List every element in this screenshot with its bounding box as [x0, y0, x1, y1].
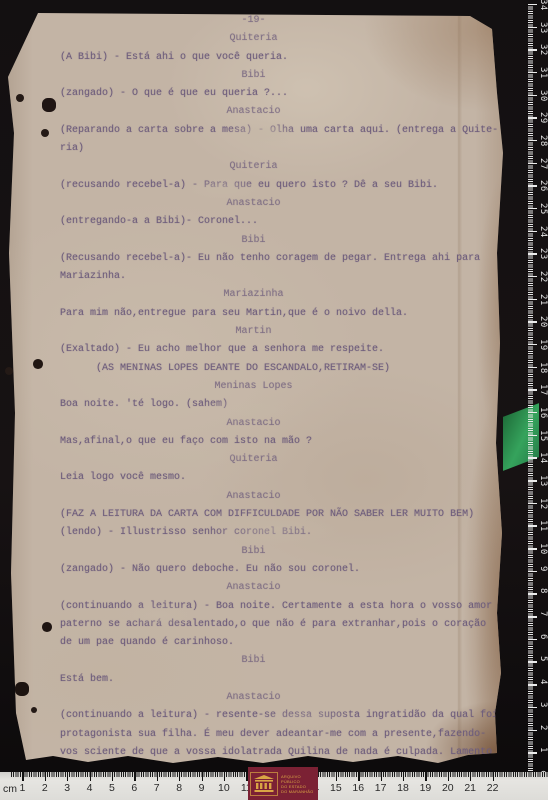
ruler-number: 3 — [538, 702, 548, 708]
ruler-cm-segment: 1 — [11, 772, 33, 800]
ruler-number: 33 — [538, 22, 548, 34]
script-line: vos sciente de que a vossa idolatrada Qu… — [60, 744, 447, 762]
ruler-number: 15 — [538, 430, 548, 442]
ruler-cm-segment: 20 — [437, 772, 459, 800]
typewritten-text-block: -19-Quiteria(A Bibi) - Está ahi o que vo… — [60, 12, 447, 762]
ruler-cm-segment: 6 — [123, 772, 145, 800]
ruler-number: 27 — [538, 158, 548, 170]
ruler-number: 20 — [538, 316, 548, 328]
ruler-cm-segment: 8 — [168, 772, 190, 800]
ruler-number: 8 — [538, 588, 548, 594]
ink-spots — [0, 0, 4, 4]
ruler-number: 18 — [397, 782, 409, 794]
logo-text-line: DO MARANHÃO — [281, 789, 316, 794]
ruler-cm-segment: 4 — [78, 772, 100, 800]
scanned-document-page: -19-Quiteria(A Bibi) - Está ahi o que vo… — [0, 0, 548, 800]
ruler-cm-segment: 15 — [325, 772, 347, 800]
ruler-cm-segment: 3 — [56, 772, 78, 800]
ruler-number: 14 — [538, 452, 548, 464]
script-line: ria) — [60, 140, 447, 158]
ruler-number: 24 — [538, 226, 548, 238]
ruler-number: 29 — [538, 112, 548, 124]
ruler-number: 32 — [538, 44, 548, 56]
ruler-number: 5 — [538, 656, 548, 662]
ruler-number: 15 — [330, 782, 342, 794]
ruler-cm-segment: 21 — [459, 772, 481, 800]
ruler-number: 9 — [538, 566, 548, 572]
script-line: Quiteria — [60, 451, 447, 469]
script-line: Boa noite. 'té logo. (sahem) — [60, 396, 447, 414]
ruler-number: 7 — [538, 611, 548, 617]
script-line: Mariazinha. — [60, 268, 447, 286]
script-line: (Exaltado) - Eu acho melhor que a senhor… — [60, 341, 447, 359]
script-line: Mariazinha — [60, 286, 447, 304]
script-line: (A Bibi) - Está ahi o que você queria. — [60, 49, 447, 67]
script-line: Bibi — [60, 652, 447, 670]
script-line: Anastacio — [60, 689, 447, 707]
ruler-number: 28 — [538, 135, 548, 147]
logo-text: ARQUIVOPÚBLICODO ESTADODO MARANHÃO — [281, 774, 316, 794]
script-line: -19- — [60, 12, 447, 30]
archive-logo: ARQUIVOPÚBLICODO ESTADODO MARANHÃO — [248, 767, 318, 800]
script-line: (lendo) - Illustrisso senhor coronel Bib… — [60, 524, 447, 542]
ruler-cm-segment: 10 — [213, 772, 235, 800]
ruler-number: 10 — [538, 543, 548, 555]
script-line: Bibi — [60, 67, 447, 85]
ruler-number: 22 — [487, 782, 499, 794]
ruler-number: 11 — [538, 520, 548, 532]
ruler-cm-segment: 17 — [369, 772, 391, 800]
ruler-number: 19 — [538, 339, 548, 351]
script-line: protagonista sua filha. É meu dever adea… — [60, 726, 447, 744]
ruler-cm-segment: 9 — [190, 772, 212, 800]
ruler-number: 7 — [154, 782, 160, 794]
script-line: (AS MENINAS LOPES DEANTE DO ESCANDALO,RE… — [60, 360, 447, 378]
script-line: Bibi — [60, 543, 447, 561]
script-line: Anastacio — [60, 103, 447, 121]
ruler-cm-segment: 16 — [347, 772, 369, 800]
ruler-number: 6 — [538, 634, 548, 640]
ruler-number: 9 — [199, 782, 205, 794]
ruler-number: 2 — [538, 725, 548, 731]
ruler-number: 3 — [64, 782, 70, 794]
vertical-ruler: 34 33 32 31 30 29 28 27 26 25 24 23 22 2… — [528, 4, 548, 798]
script-line: Meninas Lopes — [60, 378, 447, 396]
ruler-number: 13 — [538, 475, 548, 487]
ruler-number: 18 — [538, 362, 548, 374]
ruler-number: 34 — [538, 0, 548, 11]
ruler-cm-segment: 5 — [101, 772, 123, 800]
paper-sheet: -19-Quiteria(A Bibi) - Está ahi o que vo… — [8, 13, 505, 765]
ruler-number: 17 — [375, 782, 387, 794]
ruler-number: 6 — [131, 782, 137, 794]
ruler-cm-segment: 19 — [414, 772, 436, 800]
script-line: (zangado) - O que é que eu queria ?... — [60, 85, 447, 103]
ruler-number: 19 — [420, 782, 432, 794]
ruler-number: 25 — [538, 203, 548, 215]
script-line: (zangado) - Não quero deboche. Eu não so… — [60, 561, 447, 579]
script-line: Leia logo você mesmo. — [60, 469, 447, 487]
ruler-number: 22 — [538, 271, 548, 283]
script-line: (recusando recebel-a) - Para que eu quer… — [60, 177, 447, 195]
script-line: (entregando-a a Bibi)- Coronel... — [60, 213, 447, 231]
ruler-number: 4 — [87, 782, 93, 794]
script-line: Anastacio — [60, 415, 447, 433]
ruler-cm-segment: 22 — [481, 772, 503, 800]
ruler-number: 21 — [464, 782, 476, 794]
script-line: Bibi — [60, 232, 447, 250]
ruler-number: 31 — [538, 67, 548, 79]
ruler-number: 2 — [42, 782, 48, 794]
ruler-number: 1 — [538, 747, 548, 753]
ruler-number: 10 — [218, 782, 230, 794]
ruler-number: 1 — [19, 782, 25, 794]
script-line: Martin — [60, 323, 447, 341]
ruler-cm-segment: 18 — [392, 772, 414, 800]
ruler-number: 16 — [538, 407, 548, 419]
script-line: de um pae quando é carinhoso. — [60, 634, 447, 652]
script-line: Anastacio — [60, 488, 447, 506]
script-line: (continuando a leitura) - resente-se des… — [60, 707, 447, 725]
script-line: Anastacio — [60, 579, 447, 597]
ruler-cm-segment: 2 — [34, 772, 56, 800]
building-icon — [250, 772, 278, 796]
ruler-number: 26 — [538, 180, 548, 192]
ruler-number: 12 — [538, 498, 548, 510]
script-line: (FAZ A LEITURA DA CARTA COM DIFFICULDADE… — [60, 506, 447, 524]
script-line: Anastacio — [60, 195, 447, 213]
script-line: (Reparando a carta sobre a mesa) - Olha … — [60, 122, 447, 140]
script-line: Mas,afinal,o que eu faço com isto na mão… — [60, 433, 447, 451]
script-line: (continuando a leitura) - Boa noite. Cer… — [60, 598, 447, 616]
script-line: Quiteria — [60, 158, 447, 176]
ruler-number: 20 — [442, 782, 454, 794]
ruler-number: 8 — [176, 782, 182, 794]
ruler-number: 5 — [109, 782, 115, 794]
ruler-number: 30 — [538, 90, 548, 102]
ruler-number: 16 — [352, 782, 364, 794]
script-line: Para mim não,entregue para seu Martin,qu… — [60, 305, 447, 323]
ruler-number: 23 — [538, 248, 548, 260]
script-line: (Recusando recebel-a)- Eu não tenho cora… — [60, 250, 447, 268]
ruler-number: 4 — [538, 679, 548, 685]
script-line: Está bem. — [60, 671, 447, 689]
script-line: Quiteria — [60, 30, 447, 48]
script-line: paterno se achará desalentado,o que não … — [60, 616, 447, 634]
ruler-number: 21 — [538, 294, 548, 306]
ruler-number: 17 — [538, 384, 548, 396]
ruler-cm-segment: 7 — [146, 772, 168, 800]
